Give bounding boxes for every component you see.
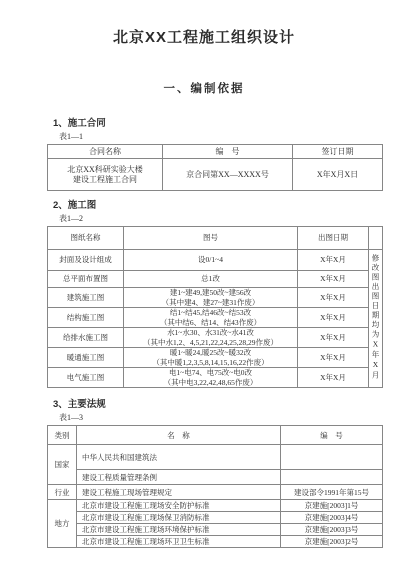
table-row: 总平面布置图 总1改 X年X月 [48,271,383,288]
drawings-heading: 2、施工图 [53,200,382,211]
contract-number-cell: 京合同第XX—XXXX号 [163,159,293,191]
drawing-number: 设0/1~4 [124,250,298,271]
drawing-name: 电气施工图 [48,368,124,388]
revision-note: 修改图出图日期均为X年X月 [369,254,382,381]
drawing-name: 给排水施工图 [48,328,124,348]
table-row: 给排水施工图 水1~水30、水31改~水41改 （其中水1,2、4,5,21,2… [48,328,383,348]
regulations-heading: 3、主要法规 [53,399,382,410]
document-content: 1、施工合同 表1—1 合同名称 编 号 签订日期 北京XX科研实验大楼 建设工… [47,118,382,548]
regulations-table-label: 表1—3 [59,413,382,423]
contract-table-label: 表1—1 [59,132,382,142]
contract-heading: 1、施工合同 [53,118,382,129]
drawing-number-line2: （其中结6、结14、结43作废） [124,318,297,328]
contract-data-row: 北京XX科研实验大楼 建设工程施工合同 京合同第XX—XXXX号 X年X月X日 [48,159,383,191]
contract-col-name: 合同名称 [48,145,163,159]
regulation-number: 建设部令1991年第15号 [281,485,383,500]
table-row: 封面及设计组成 设0/1~4 X年X月 修改图出图日期均为X年X月 [48,250,383,271]
drawing-number-line1: 电1~电74、电75改~电0改 [124,368,297,378]
drawing-number-line2: （其中建4、建27~建31作废） [124,298,297,308]
regulation-name: 中华人民共和国建筑法 [77,445,281,470]
section-heading: 一、编制依据 [0,82,408,96]
table-row: 行业 建设工程施工现场管理规定 建设部令1991年第15号 [48,485,383,500]
drawings-col-name: 图纸名称 [48,227,124,250]
drawing-number: 水1~水30、水31改~水41改 （其中水1,2、4,5,21,22,24,25… [124,328,298,348]
drawing-name: 封面及设计组成 [48,250,124,271]
contract-name-cell: 北京XX科研实验大楼 建设工程施工合同 [48,159,163,191]
drawing-number-line1: 建1~建49,建50改~建56改 [124,288,297,298]
drawings-col-note [369,227,383,250]
document-title: 北京XX工程施工组织设计 [0,28,408,48]
table-row: 建筑施工图 建1~建49,建50改~建56改 （其中建4、建27~建31作废） … [48,288,383,308]
drawings-header-row: 图纸名称 图号 出图日期 [48,227,383,250]
drawing-number-line1: 暖1~暖24,暖25改~暖32改 [124,348,297,358]
drawing-number-line2: （其中电3,22,42,48,65作废） [124,378,297,388]
drawings-col-number: 图号 [124,227,298,250]
regulation-number: 京建施[2003]1号 [281,500,383,512]
drawing-number: 总1改 [124,271,298,288]
drawing-number-line1: 结1~结45,结46改~结53改 [124,308,297,318]
drawing-date: X年X月 [298,288,369,308]
regulation-name: 建设工程质量管理条例 [77,470,281,485]
regulation-name: 北京市建设工程施工现场保卫消防标准 [77,512,281,524]
regulation-number: 京建施[2003]3号 [281,524,383,536]
table-row: 北京市建设工程施工现场环卫卫生标准 京建施[2003]2号 [48,536,383,548]
table-row: 地方 北京市建设工程施工现场安全防护标准 京建施[2003]1号 [48,500,383,512]
drawing-date: X年X月 [298,308,369,328]
contract-header-row: 合同名称 编 号 签订日期 [48,145,383,159]
drawing-date: X年X月 [298,328,369,348]
drawing-date: X年X月 [298,250,369,271]
regulation-number: 京建施[2003]2号 [281,536,383,548]
drawing-name: 结构施工图 [48,308,124,328]
regulation-name: 北京市建设工程施工现场环卫卫生标准 [77,536,281,548]
table-row: 暖通施工图 暖1~暖24,暖25改~暖32改 （其中暖1,2,3,5,8,14,… [48,348,383,368]
regulation-name: 北京市建设工程施工现场环境保护标准 [77,524,281,536]
drawings-col-date: 出图日期 [298,227,369,250]
regulation-number [281,445,383,470]
table-row: 北京市建设工程施工现场保卫消防标准 京建施[2003]4号 [48,512,383,524]
table-row: 国家 中华人民共和国建筑法 [48,445,383,470]
category-cell: 地方 [48,500,77,548]
drawing-date: X年X月 [298,348,369,368]
contract-date-cell: X年X月X日 [293,159,383,191]
category-cell: 行业 [48,485,77,500]
regulation-name: 北京市建设工程施工现场安全防护标准 [77,500,281,512]
drawing-date: X年X月 [298,271,369,288]
contract-col-number: 编 号 [163,145,293,159]
table-row: 电气施工图 电1~电74、电75改~电0改 （其中电3,22,42,48,65作… [48,368,383,388]
category-cell: 国家 [48,445,77,485]
drawing-name: 总平面布置图 [48,271,124,288]
drawing-number: 建1~建49,建50改~建56改 （其中建4、建27~建31作废） [124,288,298,308]
regulation-number: 京建施[2003]4号 [281,512,383,524]
regulation-number [281,470,383,485]
contract-name-line2: 建设工程施工合同 [48,175,162,185]
drawing-number: 结1~结45,结46改~结53改 （其中结6、结14、结43作废） [124,308,298,328]
drawing-number: 暖1~暖24,暖25改~暖32改 （其中暖1,2,3,5,8,14,15,16,… [124,348,298,368]
regulations-table: 类别 名 称 编 号 国家 中华人民共和国建筑法 建设工程质量管理条例 行业 建… [47,425,383,548]
regulations-col-category: 类别 [48,426,77,445]
regulation-name: 建设工程施工现场管理规定 [77,485,281,500]
table-row: 结构施工图 结1~结45,结46改~结53改 （其中结6、结14、结43作废） … [48,308,383,328]
regulations-col-name: 名 称 [77,426,281,445]
drawings-table: 图纸名称 图号 出图日期 封面及设计组成 设0/1~4 X年X月 修改图出图日期… [47,226,383,388]
drawing-number: 电1~电74、电75改~电0改 （其中电3,22,42,48,65作废） [124,368,298,388]
drawing-number-line2: （其中暖1,2,3,5,8,14,15,16,22作废） [124,358,297,368]
drawing-name: 暖通施工图 [48,348,124,368]
contract-table: 合同名称 编 号 签订日期 北京XX科研实验大楼 建设工程施工合同 京合同第XX… [47,144,383,191]
drawing-name: 建筑施工图 [48,288,124,308]
table-row: 建设工程质量管理条例 [48,470,383,485]
drawing-number-line2: （其中水1,2、4,5,21,22,24,25,28,29作废） [124,338,297,348]
regulations-header-row: 类别 名 称 编 号 [48,426,383,445]
revision-note-cell: 修改图出图日期均为X年X月 [369,250,383,388]
regulations-col-number: 编 号 [281,426,383,445]
drawing-number-line1: 水1~水30、水31改~水41改 [124,328,297,338]
contract-name-line1: 北京XX科研实验大楼 [48,165,162,175]
drawings-table-label: 表1—2 [59,214,382,224]
drawing-date: X年X月 [298,368,369,388]
document-page: 北京XX工程施工组织设计 一、编制依据 1、施工合同 表1—1 合同名称 编 号… [0,0,408,580]
table-row: 北京市建设工程施工现场环境保护标准 京建施[2003]3号 [48,524,383,536]
contract-col-date: 签订日期 [293,145,383,159]
